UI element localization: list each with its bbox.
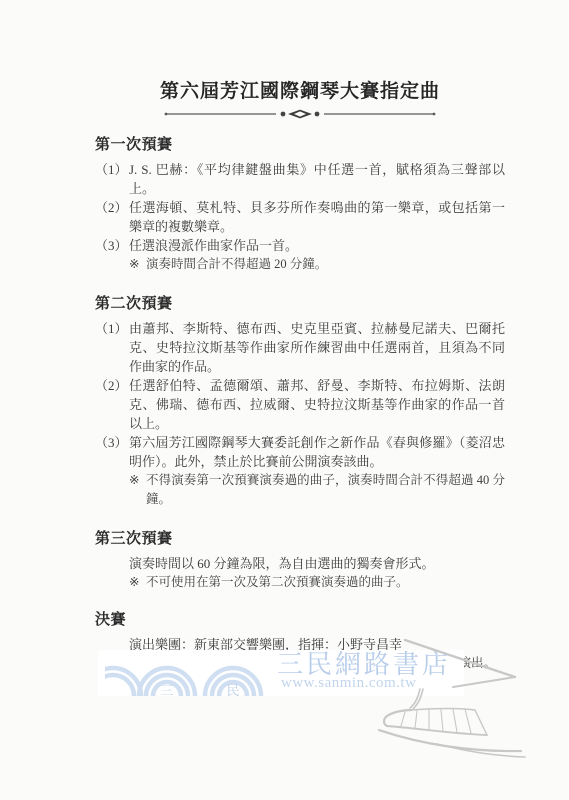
note-marker: ※ [129, 573, 146, 592]
note-marker: ※ [129, 255, 146, 274]
section-body: 演奏時間以 60 分鐘為限，為自由選曲的獨奏會形式。 [129, 554, 505, 573]
item-number: （3） [95, 236, 129, 255]
list-item: （2） 任選舒伯特、孟德爾頌、蕭邦、舒曼、李斯特、布拉姆斯、法朗克、佛瑞、德布西… [95, 376, 505, 433]
list-item: （1） J. S. 巴赫：《平均律鍵盤曲集》中任選一首，賦格須為三聲部以上。 [95, 160, 505, 198]
item-text: J. S. 巴赫：《平均律鍵盤曲集》中任選一首，賦格須為三聲部以上。 [129, 160, 505, 198]
item-text: 任選浪漫派作曲家作品一首。 [129, 236, 505, 255]
item-number: （2） [95, 198, 129, 236]
item-number: （1） [95, 160, 129, 198]
document-page: 第六屆芳江國際鋼琴大賽指定曲 第一次預賽 （1） J. S. 巴赫：《平均律鍵盤… [0, 0, 569, 800]
section-note: ※ 演奏時間合計不得超過 20 分鐘。 [129, 255, 505, 274]
item-text: 由蕭邦、李斯特、德布西、史克里亞賓、拉赫曼尼諾夫、巴爾托克、史特拉汶斯基等作曲家… [129, 319, 505, 376]
note-text: 不得演奏第一次預賽演奏過的曲子，演奏時間合計不得超過 40 分鐘。 [146, 471, 505, 509]
section-heading: 第二次預賽 [95, 292, 505, 313]
page-content: 第六屆芳江國際鋼琴大賽指定曲 第一次預賽 （1） J. S. 巴赫：《平均律鍵盤… [0, 0, 569, 673]
section-note: ※ 不可使用在第一次及第二次預賽演奏過的曲子。 [129, 573, 505, 592]
list-item: （2） 任選海頓、莫札特、貝多芬所作奏鳴曲的第一樂章，或包括第一樂章的複數樂章。 [95, 198, 505, 236]
section-heading: 決賽 [95, 608, 505, 629]
note-text: 不可使用在第一次及第二次預賽演奏過的曲子。 [146, 573, 505, 592]
ornament-divider [164, 107, 436, 121]
section-first-preliminary: 第一次預賽 （1） J. S. 巴赫：《平均律鍵盤曲集》中任選一首，賦格須為三聲… [95, 133, 505, 274]
logo-char-san: 三 [160, 683, 173, 698]
list-item: （3） 任選浪漫派作曲家作品一首。 [95, 236, 505, 255]
note-marker: ※ [129, 471, 146, 509]
item-text: 任選舒伯特、孟德爾頌、蕭邦、舒曼、李斯特、布拉姆斯、法朗克、佛瑞、德布西、拉威爾… [129, 376, 505, 433]
section-note: ※ 不得演奏第一次預賽演奏過的曲子，演奏時間合計不得超過 40 分鐘。 [129, 471, 505, 509]
item-text: 任選海頓、莫札特、貝多芬所作奏鳴曲的第一樂章，或包括第一樂章的複數樂章。 [129, 198, 505, 236]
item-number: （3） [95, 433, 129, 471]
page-title: 第六屆芳江國際鋼琴大賽指定曲 [95, 76, 505, 103]
item-text: 第六屆芳江國際鋼琴大賽委託創作之新作品《春與修羅》（菱沼忠明作）。此外，禁止於比… [129, 433, 505, 471]
piano-sketch-illustration [375, 632, 567, 767]
section-third-preliminary: 第三次預賽 演奏時間以 60 分鐘為限，為自由選曲的獨奏會形式。 ※ 不可使用在… [95, 527, 505, 592]
section-heading: 第三次預賽 [95, 527, 505, 548]
item-number: （1） [95, 319, 129, 376]
list-item: （3） 第六屆芳江國際鋼琴大賽委託創作之新作品《春與修羅》（菱沼忠明作）。此外，… [95, 433, 505, 471]
logo-char-min: 民 [226, 683, 239, 698]
section-heading: 第一次預賽 [95, 133, 505, 154]
section-second-preliminary: 第二次預賽 （1） 由蕭邦、李斯特、德布西、史克里亞賓、拉赫曼尼諾夫、巴爾托克、… [95, 292, 505, 509]
item-number: （2） [95, 376, 129, 433]
sanmin-logo-icon: 三 民 [105, 650, 280, 700]
list-item: （1） 由蕭邦、李斯特、德布西、史克里亞賓、拉赫曼尼諾夫、巴爾托克、史特拉汶斯基… [95, 319, 505, 376]
note-text: 演奏時間合計不得超過 20 分鐘。 [146, 255, 505, 274]
